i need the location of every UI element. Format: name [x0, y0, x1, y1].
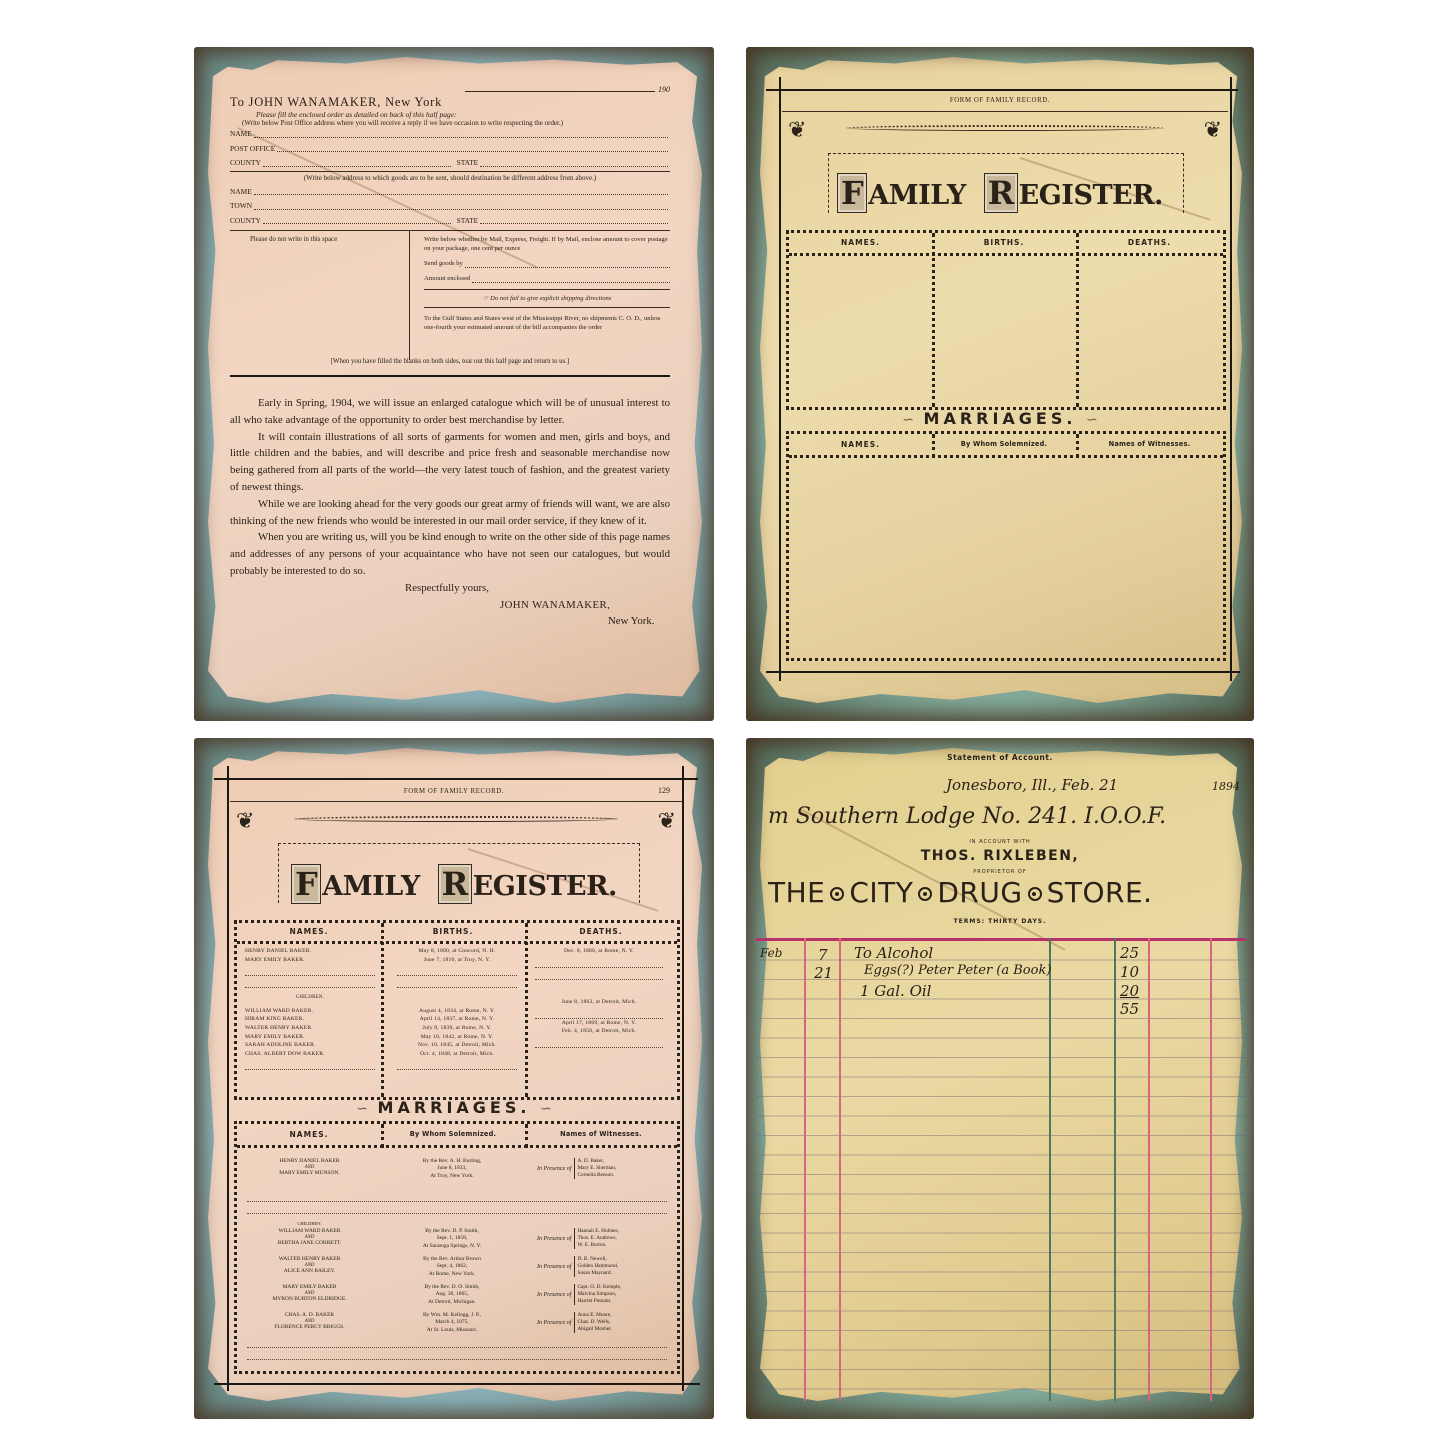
- marriage-witnesses: In Presence ofCapt. O. D. Kemple,Malvina…: [537, 1284, 621, 1305]
- bullet-ornament-icon: [830, 887, 844, 901]
- frame-line: [766, 89, 1238, 91]
- ledger-item: 1 Gal. Oil: [860, 982, 931, 1000]
- form-title: FORM OF FAMILY RECORD.: [194, 788, 714, 795]
- year: 1894: [1212, 780, 1240, 793]
- shipping-instructions: Write below whether by Mail, Express, Fr…: [410, 231, 670, 360]
- terms: TERMS: THIRTY DAYS.: [746, 918, 1254, 925]
- frame-line: [779, 77, 781, 681]
- ship-name-field[interactable]: NAME: [230, 185, 670, 200]
- ship-county-state-field[interactable]: COUNTYSTATE: [230, 214, 670, 229]
- floral-ornament-icon: ❦: [658, 808, 676, 834]
- drug-store-statement: Statement of Account. Jonesboro, Ill., F…: [746, 738, 1254, 1419]
- scroll-flourish: [846, 125, 1164, 131]
- marriage-couple: HENRY DANIEL BAKERandMARY EMILY MUNSON.: [247, 1158, 372, 1178]
- order-form: 190 To JOHN WANAMAKER, New York Please f…: [230, 85, 670, 630]
- place-date: Jonesboro, Ill., Feb. 21: [946, 776, 1118, 794]
- ledger-grid: Feb 7 To Alcohol 25 21 Eggs(?) Peter Pet…: [756, 938, 1246, 1401]
- marriages-heading: ∽ MARRIAGES. ∽: [194, 1098, 714, 1117]
- floral-ornament-icon: ❦: [788, 117, 806, 143]
- cod-note: To the Gulf States and States west of th…: [424, 314, 670, 332]
- instruction-reply-address: (Write below Post Office address where y…: [230, 119, 670, 127]
- marriage-officiant: By Wm. M. Kellogg, J. P.,March 4, 1875,A…: [387, 1312, 517, 1334]
- addressee-heading: To JOHN WANAMAKER, New York: [230, 95, 670, 110]
- customer-name: m Southern Lodge No. 241. I.O.O.F.: [768, 804, 1166, 829]
- amount-enclosed-field[interactable]: Amount enclosed: [424, 274, 670, 283]
- floral-ornament-icon: ❦: [236, 808, 254, 834]
- send-goods-by-field[interactable]: Send goods by: [424, 259, 670, 268]
- form-title: FORM OF FAMILY RECORD.: [746, 97, 1254, 104]
- office-use-area: Please do not write in this space: [230, 231, 410, 360]
- marriage-couple: WILLIAM WARD BAKERandBERTHA JANE CORBETT…: [247, 1228, 372, 1248]
- births-column: May 8, 1800, at Concord, N. H. June 7, 1…: [397, 947, 517, 1070]
- shipping-box: Please do not write in this space Write …: [230, 230, 670, 360]
- shipping-warning: ☞ Do not fail to give explicit shipping …: [424, 289, 670, 308]
- ledger-item: To Alcohol: [854, 944, 933, 962]
- births-deaths-table: NAMES. BIRTHS. DEATHS. HENRY DANIEL BAKE…: [234, 920, 680, 1100]
- divider: [230, 375, 670, 377]
- marriage-witnesses: In Presence ofAnna E. Moore,Chas. D. Wel…: [537, 1312, 612, 1333]
- frame-line: [1230, 77, 1232, 681]
- store-name: THECITYDRUGSTORE.: [768, 876, 1153, 909]
- register-title: FAMILY REGISTER.: [746, 173, 1254, 213]
- marriage-witnesses: In Presence ofHannah E. Holmes,Thos. E. …: [537, 1228, 619, 1249]
- births-deaths-table: NAMES. BIRTHS. DEATHS.: [786, 230, 1226, 410]
- instruction-italic: Please fill the enclosed order as detail…: [230, 110, 670, 119]
- deaths-column: Dec. 8, 1880, at Rome, N. Y. June 8, 186…: [535, 947, 663, 1048]
- marriage-officiant: By the Rev. D. P. Smith,Sept. 1, 1858,At…: [387, 1228, 517, 1250]
- column-header-names: NAMES.: [789, 238, 932, 247]
- date-line: 190: [230, 85, 670, 94]
- names-column: HENRY DANIEL BAKER. MARY EMILY BAKER. CH…: [245, 947, 375, 1070]
- marriages-table: NAMES. By Whom Solemnized. Names of Witn…: [786, 431, 1226, 661]
- ledger-amount: 20: [1120, 982, 1139, 1000]
- post-office-field[interactable]: POST OFFICE: [230, 142, 670, 157]
- column-header-births: BIRTHS.: [932, 238, 1076, 247]
- ledger-day: 7: [818, 946, 828, 964]
- name-field[interactable]: NAME: [230, 127, 670, 142]
- bullet-ornament-icon: [1028, 887, 1042, 901]
- ship-town-field[interactable]: TOWN: [230, 199, 670, 214]
- marriage-couple: MARY EMILY BAKERandMYRON BURTON ELDRIDGE…: [247, 1284, 372, 1304]
- statement-title: Statement of Account.: [746, 753, 1254, 762]
- ledger-day: 21: [814, 964, 833, 982]
- marriage-officiant: By the Rev. A. H. Burling,June 8, 1833,A…: [387, 1158, 517, 1180]
- marriages-heading: ∽ MARRIAGES. ∽: [746, 409, 1254, 428]
- ledger-total: 55: [1120, 1000, 1139, 1018]
- ledger-month: Feb: [760, 946, 782, 960]
- bullet-ornament-icon: [918, 887, 932, 901]
- instruction-ship-address: (Write below address to which goods are …: [230, 171, 670, 185]
- marriage-couple: WALTER HENRY BAKERandALICE ANN BAILEY.: [247, 1256, 372, 1276]
- page-number: 129: [658, 786, 670, 795]
- ledger-amount: 10: [1120, 963, 1139, 981]
- frame-line: [766, 671, 1240, 673]
- signature-block: Respectfully yours, JOHN WANAMAKER, New …: [230, 580, 670, 630]
- register-title: FAMILY REGISTER.: [194, 864, 714, 904]
- floral-ornament-icon: ❦: [1204, 117, 1222, 143]
- marriage-couple: CHAS. A. D. BAKERandFLORENCE PERCY BRIGG…: [247, 1312, 372, 1332]
- marriage-witnesses: In Presence ofA. D. Baker,Mary E. Sherma…: [537, 1158, 616, 1179]
- family-register-filled: FORM OF FAMILY RECORD. 129 ❦ ❦ FAMILY RE…: [194, 738, 714, 1419]
- marriage-officiant: By the Rev. Arthur BrownSept. 4, 1862,At…: [387, 1256, 517, 1278]
- catalogue-letter: Early in Spring, 1904, we will issue an …: [230, 395, 670, 580]
- ledger-item: Eggs(?) Peter Peter (a Book): [864, 963, 1051, 978]
- county-state-field[interactable]: COUNTYSTATE: [230, 156, 670, 171]
- marriage-officiant: By the Rev. D. O. Smith,Aug. 30, 1865,At…: [387, 1284, 517, 1306]
- ledger-amount: 25: [1120, 944, 1139, 962]
- wanamaker-order-sheet: 190 To JOHN WANAMAKER, New York Please f…: [194, 47, 714, 721]
- marriage-witnesses: In Presence ofD. B. Newell,Golden Hammon…: [537, 1256, 618, 1277]
- marriages-table: NAMES. By Whom Solemnized. Names of Witn…: [234, 1121, 680, 1374]
- proprietor-name: THOS. RIXLEBEN,: [746, 848, 1254, 864]
- column-header-deaths: DEATHS.: [1076, 238, 1223, 247]
- family-register-blank: FORM OF FAMILY RECORD. ❦ ❦ FAMILY REGIST…: [746, 47, 1254, 721]
